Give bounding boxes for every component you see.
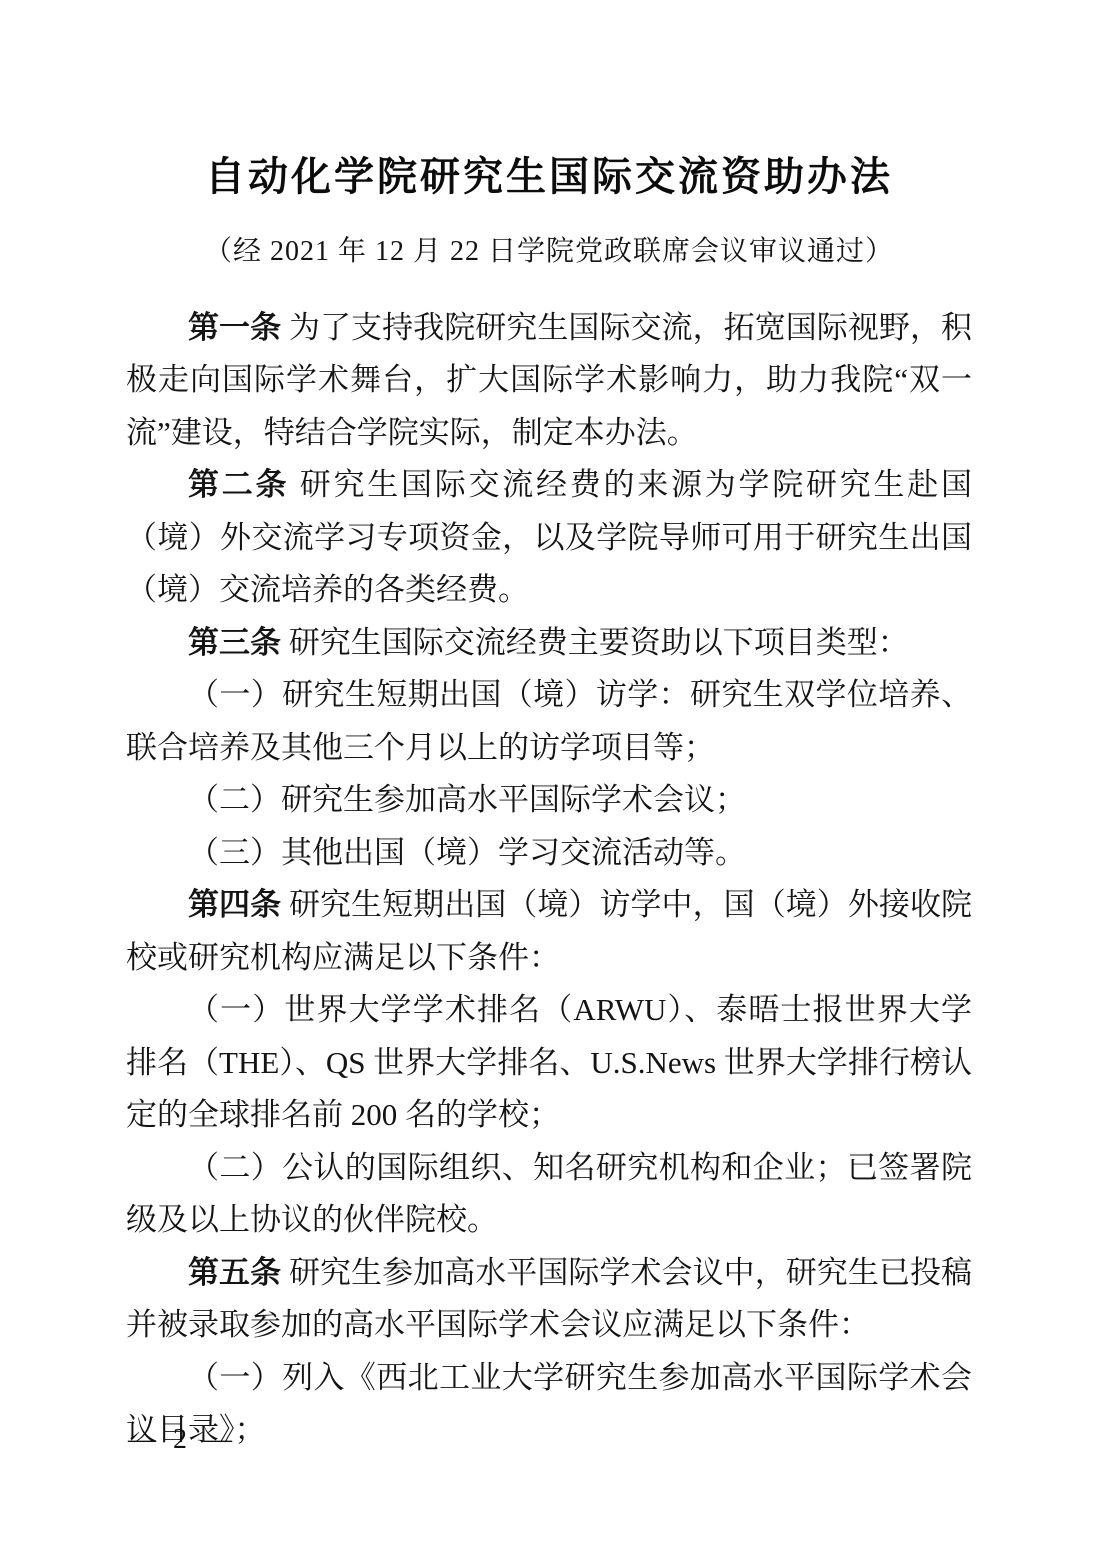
paragraph-article-1: 第一条 为了支持我院研究生国际交流，拓宽国际视野，积极走向国际学术舞台，扩大国际… [126,302,972,460]
paragraph-article-3: 第三条 研究生国际交流经费主要资助以下项目类型： [126,617,972,670]
paragraph-text: （二）公认的国际组织、知名研究机构和企业；已签署院级及以上协议的伙伴院校。 [126,1150,972,1238]
paragraph-text: （一）列入《西北工业大学研究生参加高水平国际学术会议目录》； [126,1360,972,1448]
paragraph-article-4: 第四条 研究生短期出国（境）访学中，国（境）外接收院校或研究机构应满足以下条件： [126,879,972,984]
paragraph-item-3-1: （一）研究生短期出国（境）访学：研究生双学位培养、联合培养及其他三个月以上的访学… [126,669,972,774]
paragraph-text: （一）研究生短期出国（境）访学：研究生双学位培养、联合培养及其他三个月以上的访学… [126,677,972,765]
paragraph-text: （二）研究生参加高水平国际学术会议； [188,782,746,817]
paragraph-item-4-1: （一）世界大学学术排名（ARWU）、泰晤士报世界大学排名（THE）、QS 世界大… [126,984,972,1142]
document-page: 自动化学院研究生国际交流资助办法 （经 2021 年 12 月 22 日学院党政… [0,0,1102,1559]
paragraph-text: （一）世界大学学术排名（ARWU）、泰晤士报世界大学排名（THE）、QS 世界大… [126,992,972,1132]
paragraph-article-5: 第五条 研究生参加高水平国际学术会议中，研究生已投稿并被录取参加的高水平国际学术… [126,1247,972,1352]
document-title: 自动化学院研究生国际交流资助办法 [126,149,972,205]
paragraph-text: （三）其他出国（境）学习交流活动等。 [188,835,746,870]
article-number: 第三条 [188,625,281,660]
document-content: 自动化学院研究生国际交流资助办法 （经 2021 年 12 月 22 日学院党政… [126,122,972,1457]
paragraph-item-4-2: （二）公认的国际组织、知名研究机构和企业；已签署院级及以上协议的伙伴院校。 [126,1142,972,1247]
document-subtitle: （经 2021 年 12 月 22 日学院党政联席会议审议通过） [126,232,972,272]
paragraph-item-5-1: （一）列入《西北工业大学研究生参加高水平国际学术会议目录》； [126,1352,972,1457]
paragraph-item-3-2: （二）研究生参加高水平国际学术会议； [126,774,972,827]
article-number: 第二条 [188,467,289,502]
article-number: 第一条 [188,310,281,345]
paragraph-text: 研究生国际交流经费主要资助以下项目类型： [281,625,909,660]
article-number: 第四条 [188,887,281,922]
paragraph-article-2: 第二条 研究生国际交流经费的来源为学院研究生赴国（境）外交流学习专项资金，以及学… [126,459,972,617]
paragraph-item-3-3: （三）其他出国（境）学习交流活动等。 [126,827,972,880]
page-number: — 2 — [128,1424,237,1456]
article-number: 第五条 [188,1255,281,1290]
document-body: 第一条 为了支持我院研究生国际交流，拓宽国际视野，积极走向国际学术舞台，扩大国际… [126,302,972,1457]
